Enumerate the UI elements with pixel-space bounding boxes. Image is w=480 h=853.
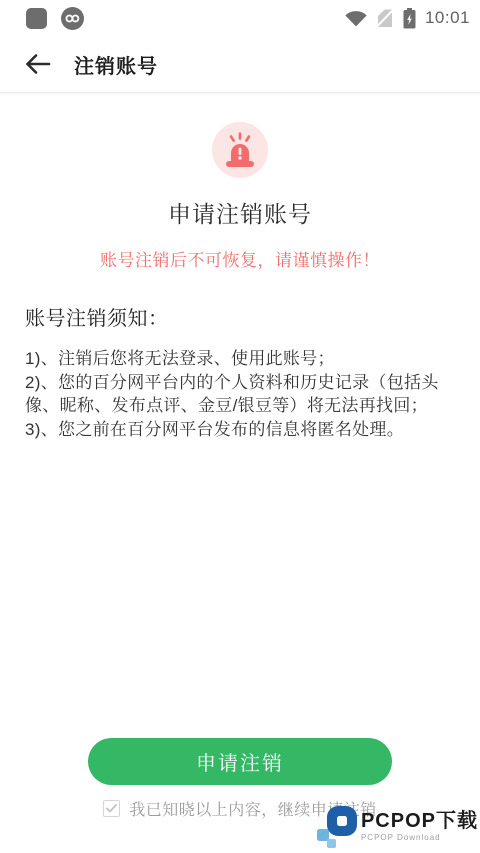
watermark-subtitle: PCPOP Download — [361, 833, 478, 842]
arrow-left-icon — [25, 53, 51, 75]
notice-item: 3)、您之前在百分网平台发布的信息将匿名处理。 — [25, 418, 460, 442]
notice-section: 账号注销须知： 1)、注销后您将无法登录、使用此账号；2)、您的百分网平台内的个… — [0, 302, 480, 441]
app-screen: 10:01 注销账号 申请注销账号 账号注销后不可恢复，请谨慎操作！ — [0, 0, 480, 853]
header: 注销账号 — [0, 36, 480, 93]
submit-cancellation-button[interactable]: 申请注销 — [88, 738, 392, 785]
alert-circle — [212, 122, 268, 178]
notice-item: 1)、注销后您将无法登录、使用此账号； — [25, 347, 460, 371]
pcpop-logo-icon — [316, 805, 358, 850]
wifi-icon — [345, 9, 367, 27]
watermark: PCPOP下载 PCPOP Download — [316, 805, 478, 850]
no-sim-icon — [376, 9, 394, 28]
back-button[interactable] — [24, 50, 52, 78]
alarm-siren-icon — [220, 131, 260, 169]
watermark-title: PCPOP下载 — [361, 810, 478, 832]
status-bar-left — [26, 7, 84, 30]
status-bar-right: 10:01 — [345, 8, 470, 29]
watermark-text: PCPOP下载 PCPOP Download — [361, 810, 478, 842]
notice-item: 2)、您的百分网平台内的个人资料和历史记录（包括头像、昵称、发布点评、金豆/银豆… — [25, 371, 460, 418]
notice-list: 1)、注销后您将无法登录、使用此账号；2)、您的百分网平台内的个人资料和历史记录… — [25, 347, 460, 441]
warning-text: 账号注销后不可恢复，请谨慎操作！ — [0, 246, 480, 271]
status-time: 10:01 — [425, 8, 470, 28]
page-title: 申请注销账号 — [0, 196, 480, 229]
notice-title: 账号注销须知： — [25, 302, 460, 331]
page-header-title: 注销账号 — [74, 50, 158, 79]
agree-checkbox[interactable] — [103, 800, 120, 817]
battery-charging-icon — [403, 8, 416, 29]
ca-badge-icon — [61, 7, 84, 30]
check-icon — [106, 804, 117, 813]
app-square-icon — [26, 8, 47, 29]
status-bar: 10:01 — [0, 0, 480, 36]
